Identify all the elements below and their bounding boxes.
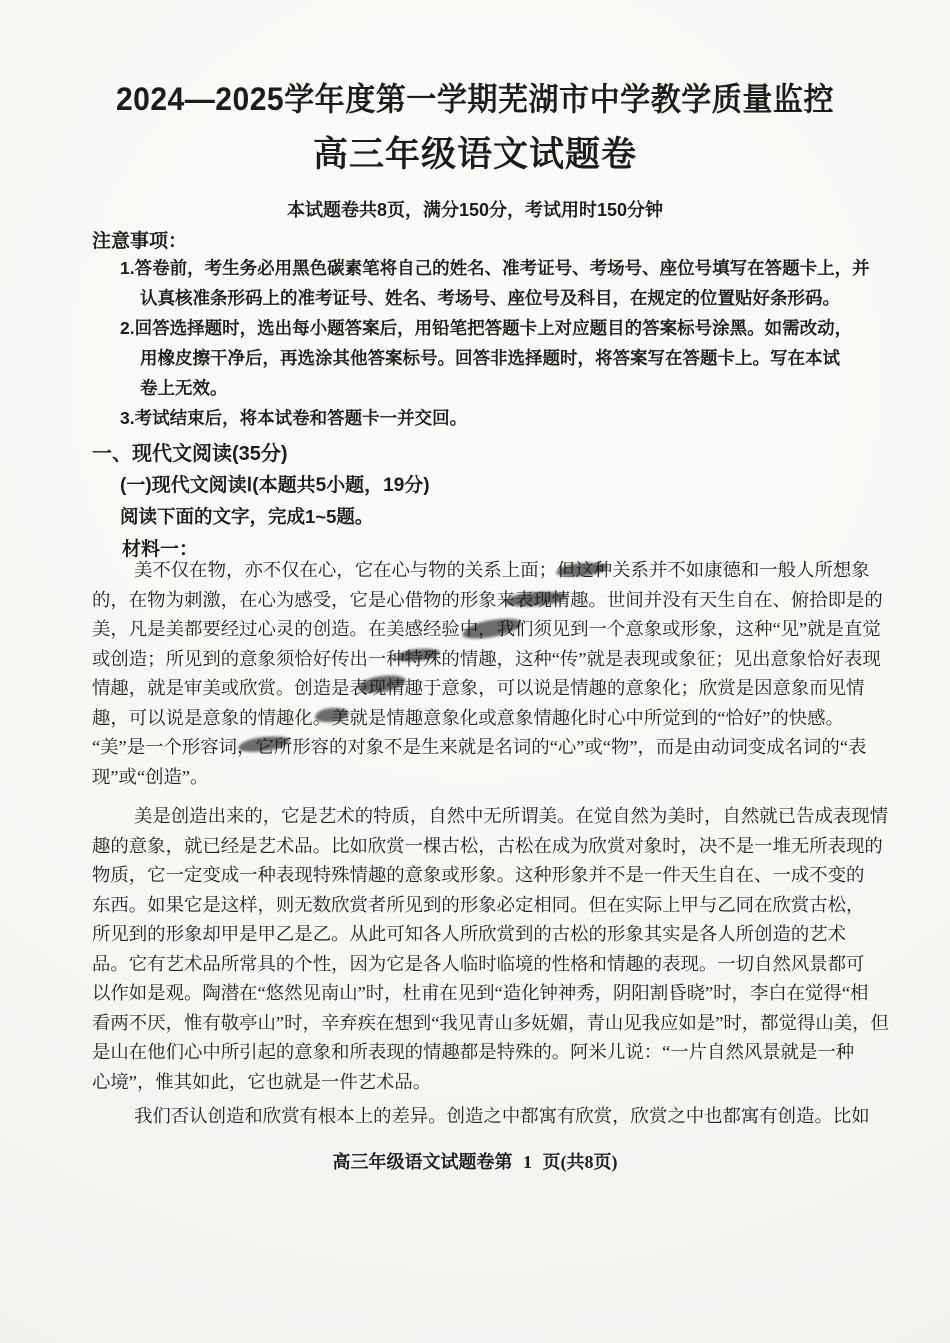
material-paragraph-2: 美是创造出来的，它是艺术的特质，自然中无所谓美。在觉自然为美时，自然就已告成表现… bbox=[92, 802, 912, 1097]
text-line: 美是创造出来的，它是艺术的特质，自然中无所谓美。在觉自然为美时，自然就已告成表现… bbox=[92, 802, 912, 832]
reading-instruction: 阅读下面的文字，完成1~5题。 bbox=[120, 503, 373, 529]
exam-paper-page: 2024—2025学年度第一学期芜湖市中学教学质量监控 高三年级语文试题卷 本试… bbox=[0, 0, 950, 1343]
notice-heading: 注意事项： bbox=[92, 226, 187, 253]
notice-item-3: 3.考试结束后，将本试卷和答题卡一并交回。 bbox=[92, 403, 912, 433]
material-paragraph-3: 我们否认创造和欣赏有根本上的差异。创造之中都寓有欣赏，欣赏之中也都寓有创造。比如 bbox=[92, 1102, 912, 1132]
text-line: 品。它有艺术品所常具的个性，因为它是各人临时临境的性格和情趣的表现。一切自然风景… bbox=[92, 950, 912, 980]
text-line: 所见到的形象却甲是甲乙是乙。从此可知各人所欣赏到的古松的形象其实是各人所创造的艺… bbox=[92, 920, 912, 950]
text-line: 美，凡是美都要经过心灵的创造。在美感经验中，我们须见到一个意象或形象，这种“见”… bbox=[92, 615, 912, 645]
text-line: 物质，它一定变成一种表现特殊情趣的意象或形象。这种形象并不是一件天生自在、一成不… bbox=[92, 861, 912, 891]
text-line: 我们否认创造和欣赏有根本上的差异。创造之中都寓有欣赏，欣赏之中也都寓有创造。比如 bbox=[92, 1102, 912, 1132]
notice-item-2: 2.回答选择题时，选出每小题答案后，用铅笔把答题卡上对应题目的答案标号涂黑。如需… bbox=[92, 313, 912, 403]
text-line: 或创造；所见到的意象须恰好传出一种特殊的情趣，这种“传”就是表现或象征；见出意象… bbox=[92, 645, 912, 675]
text-line: 是山在他们心中所引起的意象和所表现的情趣都是特殊的。阿米儿说：“一片自然风景就是… bbox=[92, 1038, 912, 1068]
text-line: 趣的意象，就已经是艺术品。比如欣赏一棵古松，古松在成为欣赏对象时，决不是一堆无所… bbox=[92, 832, 912, 862]
notice-item-1: 1.答卷前，考生务必用黑色碳素笔将自己的姓名、准考证号、考场号、座位号填写在答题… bbox=[92, 253, 912, 313]
text-line: 3.考试结束后，将本试卷和答题卡一并交回。 bbox=[92, 403, 912, 433]
text-line: 看两不厌，惟有敬亭山”时，辛弃疾在想到“我见青山多妩媚，青山见我应如是”时，都觉… bbox=[92, 1009, 912, 1039]
text-line: 趣，可以说是意象的情趣化。美就是情趣意象化或意象情趣化时心中所觉到的“恰好”的快… bbox=[92, 704, 912, 734]
text-line: 认真核准条形码上的准考证号、姓名、考场号、座位号及科目，在规定的位置贴好条形码。 bbox=[92, 283, 912, 313]
text-line: 以作如是观。陶潜在“悠然见南山”时，杜甫在见到“造化钟神秀，阴阳割昏晓”时，李白… bbox=[92, 979, 912, 1009]
notice-list: 1.答卷前，考生务必用黑色碳素笔将自己的姓名、准考证号、考场号、座位号填写在答题… bbox=[92, 253, 912, 433]
material-one-text: 美不仅在物，亦不仅在心，它在心与物的关系上面；但这种关系并不如康德和一般人所想象… bbox=[92, 556, 912, 1132]
exam-title-line2: 高三年级语文试题卷 bbox=[0, 127, 950, 177]
text-line: 东西。如果它是这样，则无数欣赏者所见到的形象必定相同。但在实际上甲与乙同在欣赏古… bbox=[92, 891, 912, 921]
text-line: 用橡皮擦干净后，再选涂其他答案标号。回答非选择题时，将答案写在答题卡上。写在本试 bbox=[92, 343, 912, 373]
text-line: 情趣，就是审美或欣赏。创造是表现情趣于意象，可以说是情趣的意象化；欣赏是因意象而… bbox=[92, 674, 912, 704]
text-line: 1.答卷前，考生务必用黑色碳素笔将自己的姓名、准考证号、考场号、座位号填写在答题… bbox=[92, 253, 912, 283]
section-subheading: (一)现代文阅读Ⅰ(本题共5小题，19分) bbox=[120, 470, 430, 497]
text-line: 2.回答选择题时，选出每小题答案后，用铅笔把答题卡上对应题目的答案标号涂黑。如需… bbox=[92, 313, 912, 343]
page-footer: 高三年级语文试题卷第 1 页(共8页) bbox=[0, 1148, 950, 1174]
text-line: “美”是一个形容词，它所形容的对象不是生来就是名词的“心”或“物”，而是由动词变… bbox=[92, 733, 912, 763]
text-line: 美不仅在物，亦不仅在心，它在心与物的关系上面；但这种关系并不如康德和一般人所想象 bbox=[92, 556, 912, 586]
text-line: 心境”，惟其如此，它也就是一件艺术品。 bbox=[92, 1068, 912, 1098]
material-paragraph-1: 美不仅在物，亦不仅在心，它在心与物的关系上面；但这种关系并不如康德和一般人所想象… bbox=[92, 556, 912, 792]
text-line: 的，在物为刺激，在心为感受，它是心借物的形象来表现情趣。世间并没有天生自在、俯拾… bbox=[92, 586, 912, 616]
section-heading: 一、现代文阅读(35分) bbox=[92, 437, 288, 466]
exam-info-line: 本试题卷共8页，满分150分，考试用时150分钟 bbox=[0, 196, 950, 222]
text-line: 现”或“创造”。 bbox=[92, 763, 912, 793]
text-line: 卷上无效。 bbox=[92, 373, 912, 403]
exam-title-line1: 2024—2025学年度第一学期芜湖市中学教学质量监控 bbox=[29, 74, 922, 120]
